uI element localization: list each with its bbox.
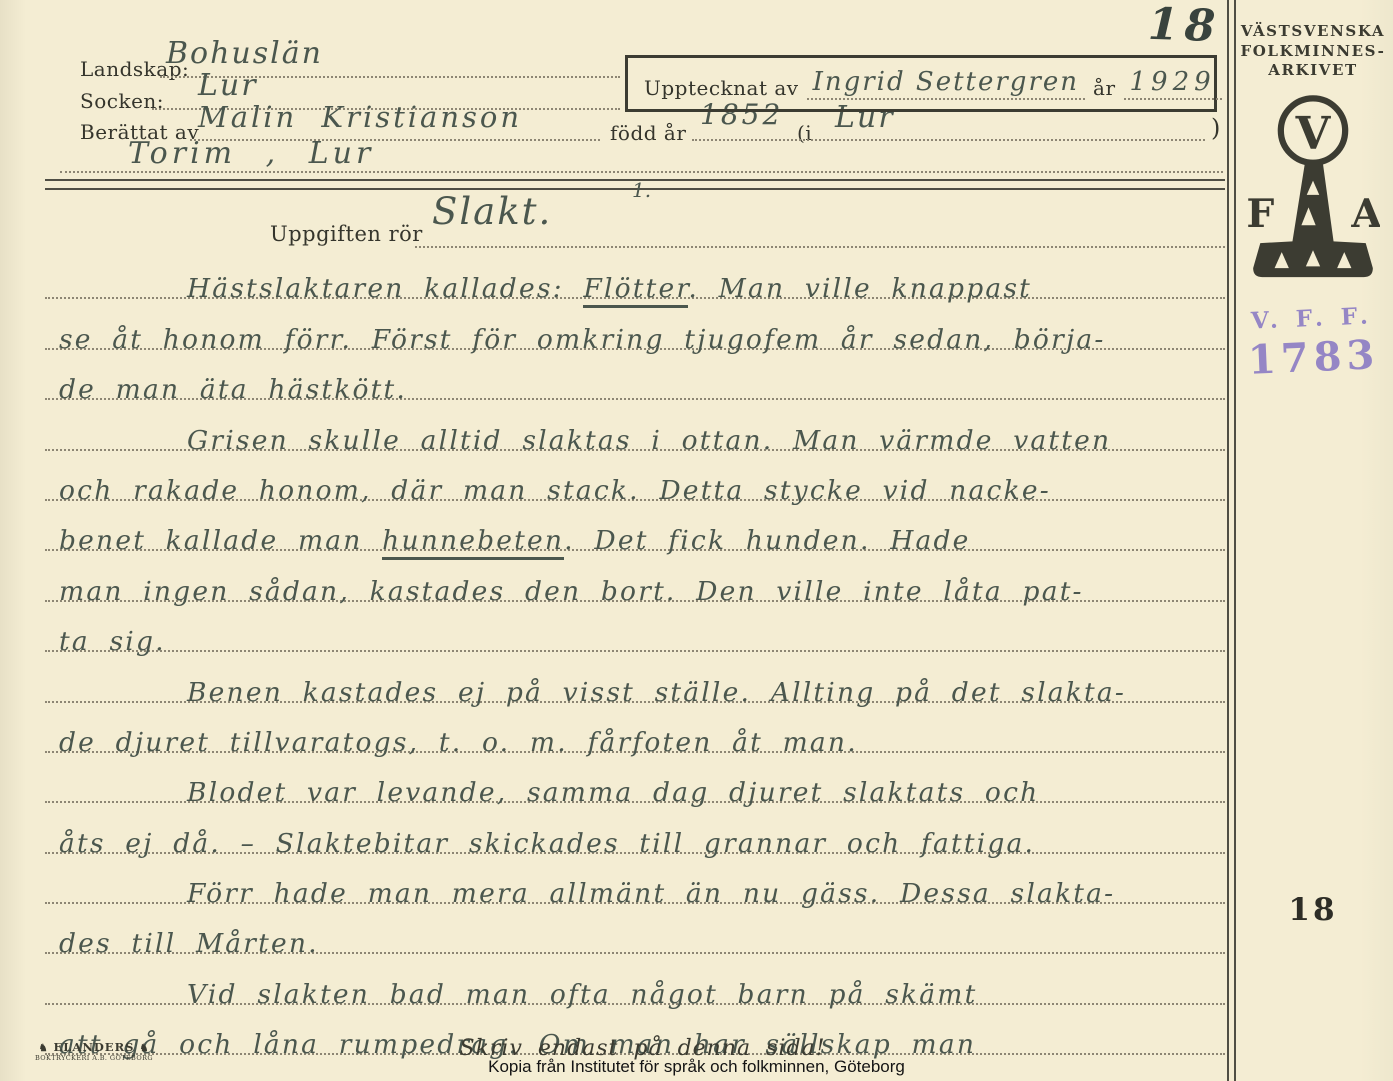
handwritten-line: Hästslaktaren kallades: Flötter. Man vil… [45,249,1225,299]
upptecknat-label: Upptecknat av [644,76,799,100]
scanned-document-page: 18 Landskap: Bohuslän Socken: Lur Berätt… [0,0,1393,1081]
handwritten-line: Förr hade man mera allmänt än nu gäss. D… [45,854,1225,904]
upptecknat-box: Upptecknat av Ingrid Settergren år 1929 [625,55,1217,112]
handwritten-line: och rakade honom, där man stack. Detta s… [45,451,1225,501]
logo-letter-v: V [1295,106,1332,159]
logo-letter-a: A [1350,191,1380,237]
upptecknat-value: Ingrid Settergren [807,67,1085,100]
handwritten-line: man ingen sådan, kastades den bort. Den … [45,551,1225,601]
stamp-initials: V. F. F. [1231,301,1392,335]
dotted-line [415,246,1225,248]
archive-name-line2: FOLKMINNES- [1233,42,1393,62]
handwritten-line: se åt honom förr. Först för omkring tjug… [45,299,1225,349]
dotted-line [60,171,1223,173]
archive-column: VÄSTSVENSKA FOLKMINNES- ARKIVET V F A V.… [1233,0,1393,1081]
uppgiften-ror-label: Uppgiften rör [270,222,423,246]
logo-letter-f: F [1246,191,1274,237]
dotted-line [692,139,1205,141]
ar-value: 1929 [1124,67,1222,100]
printed-page-number: 18 [1233,892,1393,928]
thors-hammer-logo-icon: V F A [1246,89,1380,299]
archive-stamp: V. F. F. 1783 [1231,301,1393,384]
handwritten-line: Blodet var levande, samma dag djuret sla… [45,753,1225,803]
handwritten-line: ta sig. [45,602,1225,652]
fodd-place-open-paren: (i [797,121,812,145]
handwritten-page-number: 18 [1147,0,1222,52]
archive-name: VÄSTSVENSKA FOLKMINNES- ARKIVET [1233,22,1393,81]
ar-label: år [1093,76,1115,100]
landskap-value: Bohuslän [166,36,323,71]
berattat-av-value: Malin Kristianson [198,100,522,134]
handwritten-line: de man äta hästkött. [45,350,1225,400]
handwritten-line: Grisen skulle alltid slaktas i ottan. Ma… [45,400,1225,450]
archive-name-line1: VÄSTSVENSKA [1233,22,1393,42]
berattat-av-value-line2: Torim , Lur [128,136,374,171]
handwritten-line: Benen kastades ej på visst ställe. Allti… [45,652,1225,702]
handwritten-line: benet kallade man hunnebeten. Det fick h… [45,501,1225,551]
archive-name-line3: ARKIVET [1233,61,1393,81]
section-number: 1. [632,178,651,202]
handwritten-line: des till Mårten. [45,904,1225,954]
handwritten-line: Vid slakten bad man ofta något barn på s… [45,954,1225,1004]
handwritten-line: de djuret tillvaratogs, t. o. m. fårfote… [45,703,1225,753]
socken-value: Lur [198,68,258,103]
fodd-place-close-paren: ) [1211,114,1221,142]
fodd-ar-label: född år [610,121,686,145]
stamp-number: 1783 [1233,330,1393,384]
handwritten-line: åts ej då. – Slaktebitar skickades till … [45,803,1225,853]
copy-provenance-note: Kopia från Institutet för språk och folk… [0,1057,1393,1077]
uppgiften-ror-value: Slakt. [432,190,552,233]
body-lines: Hästslaktaren kallades: Flötter. Man vil… [45,249,1225,1055]
